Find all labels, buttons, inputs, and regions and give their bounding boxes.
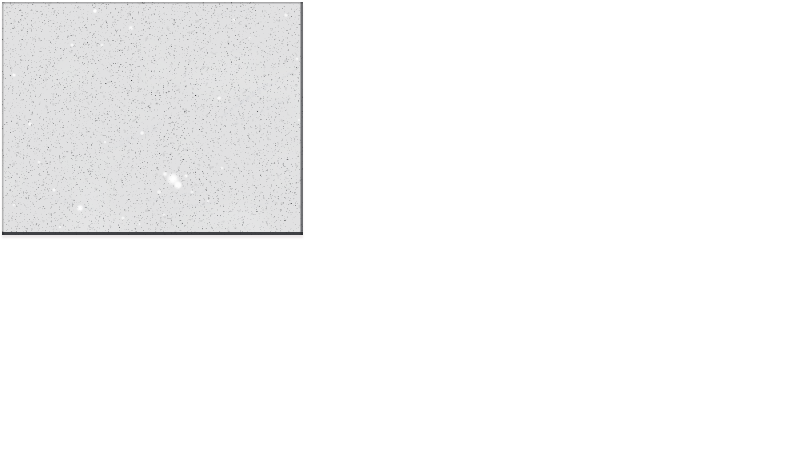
scanned-photo — [2, 2, 303, 235]
page — [0, 0, 800, 453]
photo-fine-grain-layer — [2, 2, 303, 235]
photo-texture — [2, 2, 303, 235]
